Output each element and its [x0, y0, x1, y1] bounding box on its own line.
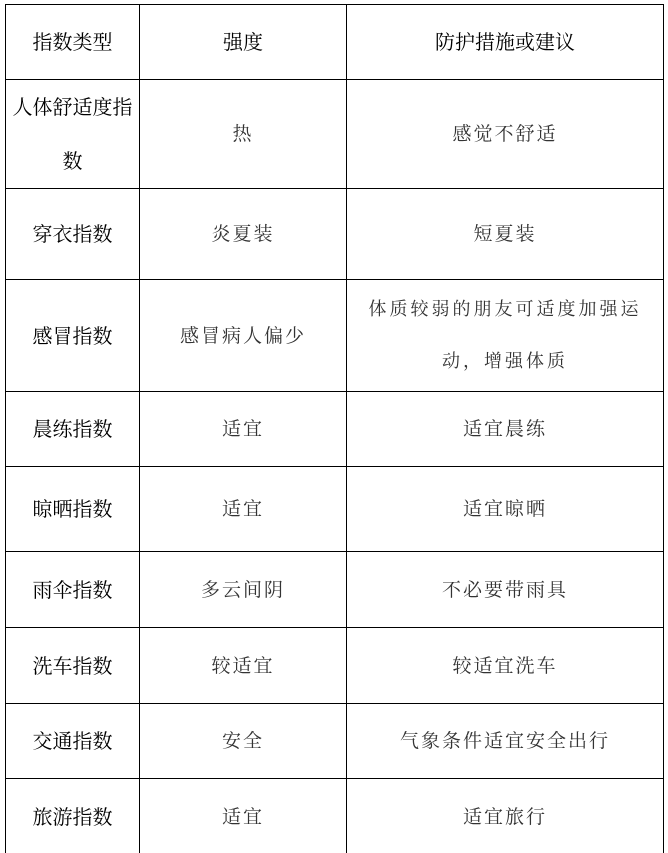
index-level: 热: [140, 80, 347, 189]
index-advice: 适宜晾晒: [347, 467, 664, 552]
index-advice: 不必要带雨具: [347, 552, 664, 628]
index-type: 雨伞指数: [6, 552, 140, 628]
weather-index-table: 指数类型 强度 防护措施或建议 人体舒适度指数 热 感觉不舒适 穿衣指数 炎夏装…: [5, 4, 664, 853]
table-row: 人体舒适度指数 热 感觉不舒适: [6, 80, 664, 189]
index-level: 适宜: [140, 467, 347, 552]
index-level: 适宜: [140, 392, 347, 467]
table-row: 旅游指数 适宜 适宜旅行: [6, 779, 664, 853]
index-advice: 适宜旅行: [347, 779, 664, 853]
index-advice: 气象条件适宜安全出行: [347, 704, 664, 779]
table-row: 感冒指数 感冒病人偏少 体质较弱的朋友可适度加强运动，增强体质: [6, 280, 664, 392]
table-row: 晨练指数 适宜 适宜晨练: [6, 392, 664, 467]
index-type: 洗车指数: [6, 628, 140, 704]
table-row: 晾晒指数 适宜 适宜晾晒: [6, 467, 664, 552]
header-advice: 防护措施或建议: [347, 5, 664, 80]
table-row: 交通指数 安全 气象条件适宜安全出行: [6, 704, 664, 779]
index-type: 人体舒适度指数: [6, 80, 140, 189]
index-advice: 适宜晨练: [347, 392, 664, 467]
table-row: 雨伞指数 多云间阴 不必要带雨具: [6, 552, 664, 628]
index-advice: 较适宜洗车: [347, 628, 664, 704]
index-type: 穿衣指数: [6, 189, 140, 280]
index-type: 晨练指数: [6, 392, 140, 467]
index-advice: 短夏装: [347, 189, 664, 280]
index-level: 感冒病人偏少: [140, 280, 347, 392]
index-advice: 体质较弱的朋友可适度加强运动，增强体质: [347, 280, 664, 392]
table-row: 洗车指数 较适宜 较适宜洗车: [6, 628, 664, 704]
index-level: 炎夏装: [140, 189, 347, 280]
index-level: 安全: [140, 704, 347, 779]
index-type: 晾晒指数: [6, 467, 140, 552]
index-type: 交通指数: [6, 704, 140, 779]
index-advice: 感觉不舒适: [347, 80, 664, 189]
table-row: 穿衣指数 炎夏装 短夏装: [6, 189, 664, 280]
header-level: 强度: [140, 5, 347, 80]
index-type: 旅游指数: [6, 779, 140, 853]
index-level: 较适宜: [140, 628, 347, 704]
index-level: 适宜: [140, 779, 347, 853]
table-header-row: 指数类型 强度 防护措施或建议: [6, 5, 664, 80]
index-level: 多云间阴: [140, 552, 347, 628]
header-index-type: 指数类型: [6, 5, 140, 80]
index-type: 感冒指数: [6, 280, 140, 392]
